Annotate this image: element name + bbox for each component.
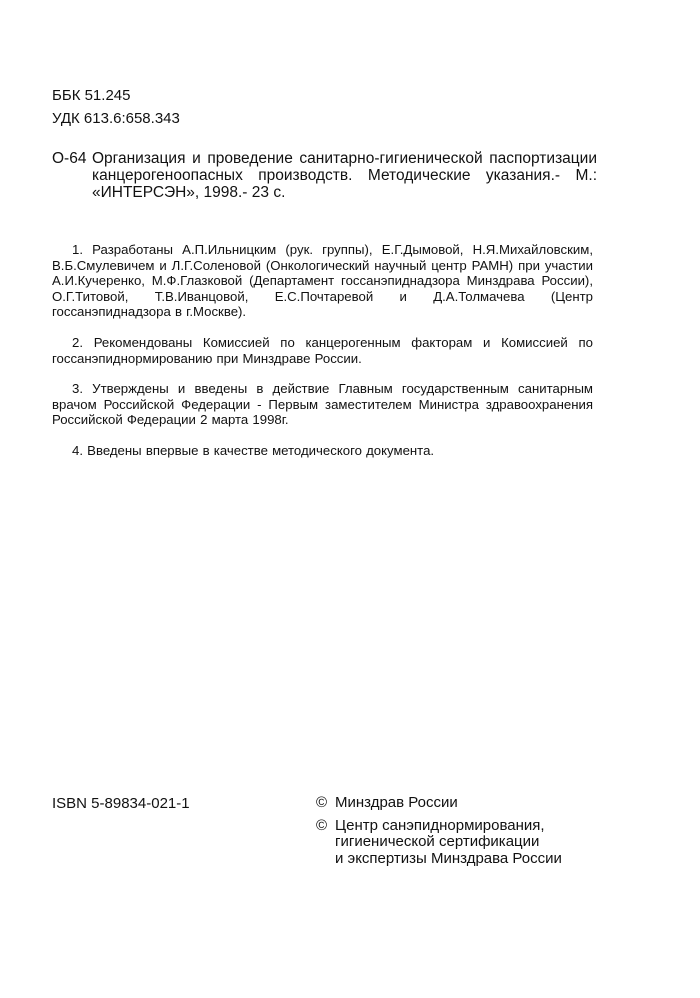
note-approved: 3. Утверждены и введены в действие Главн… (52, 381, 593, 428)
classification-codes: ББК 51.245 УДК 613.6:658.343 (52, 84, 180, 130)
copyright-icon: © (316, 795, 327, 812)
copyright-holder-line: гигиенической сертификации (335, 834, 562, 851)
catalog-entry: О-64 Организация и проведение санитарно-… (52, 150, 597, 201)
isbn: ISBN 5-89834-021-1 (52, 795, 190, 813)
copyright-holder-line: Центр санэпиднормирования, (335, 818, 562, 835)
publication-notes: 1. Разработаны А.П.Ильницким (рук. групп… (52, 242, 593, 474)
copyright-center: © Центр санэпиднормирования, гигиеническ… (316, 818, 562, 868)
copyright-holder-line: Минздрав России (335, 795, 562, 812)
copyright-holder-line: и экспертизы Минздрава России (335, 851, 562, 868)
catalog-code: О-64 (52, 150, 86, 167)
copyright-icon: © (316, 818, 327, 835)
copyright-block: © Минздрав России © Центр санэпиднормиро… (316, 795, 562, 873)
note-introduced: 4. Введены впервые в качестве методическ… (52, 443, 593, 459)
udk-code: УДК 613.6:658.343 (52, 107, 180, 130)
bbk-code: ББК 51.245 (52, 84, 180, 107)
note-recommended: 2. Рекомендованы Комиссией по канцероген… (52, 335, 593, 366)
note-developers: 1. Разработаны А.П.Ильницким (рук. групп… (52, 242, 593, 320)
copyright-ministry: © Минздрав России (316, 795, 562, 812)
catalog-entry-text: Организация и проведение санитарно-гигие… (92, 150, 597, 201)
